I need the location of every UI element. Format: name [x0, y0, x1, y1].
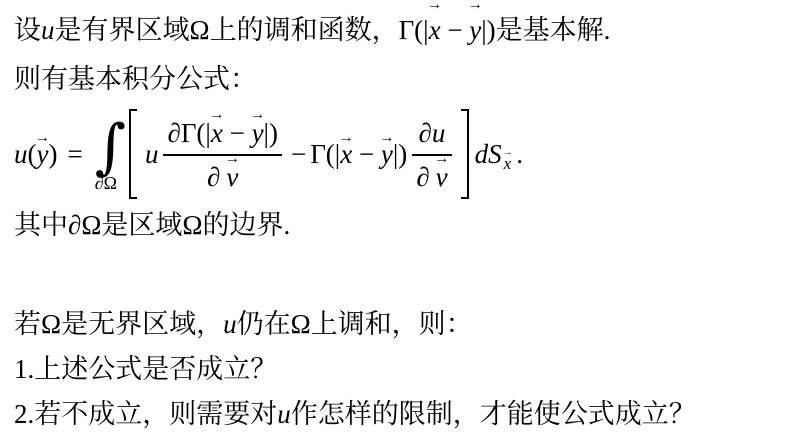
question-1-text: 1.上述公式是否成立？	[14, 354, 277, 384]
vector-y: →y	[381, 139, 393, 170]
intro-text: 设	[14, 15, 41, 45]
close-abs-paren: |)	[264, 118, 278, 148]
integral-sign: ∫	[95, 117, 126, 177]
unbounded-case-line: 若Ω是无界区域，u仍在Ω上调和，则：	[0, 302, 800, 347]
vector-base: y	[469, 15, 481, 45]
vector-y: →y	[469, 6, 481, 55]
minus-sign: −	[441, 15, 470, 45]
integral-domain: ∂Ω	[95, 175, 117, 191]
boundary-note-text: 其中∂Ω是区域Ω的边界.	[14, 210, 290, 240]
vector-arrow-icon: →	[209, 108, 224, 123]
minus-sign: −	[291, 139, 306, 170]
dS-symbol: dS	[475, 139, 502, 170]
question-2: 2.若不成立，则需要对u作怎样的限制，才能使公式成立？	[0, 392, 800, 437]
vector-x: →x	[429, 6, 441, 55]
equals-sign: =	[67, 139, 82, 170]
vector-arrow-icon: →	[250, 108, 265, 123]
formula-lhs: u(→y)	[14, 139, 57, 170]
question-intro-text: 仍在Ω上调和，则：	[237, 309, 473, 339]
var-u: u	[145, 139, 159, 170]
minus-sign: −	[223, 118, 252, 148]
blank-space	[0, 246, 800, 302]
vector-y: →y	[252, 116, 264, 150]
var-u: u	[223, 309, 237, 339]
vector-nu: →ν	[226, 160, 238, 194]
vector-arrow-icon: →	[339, 131, 354, 146]
question-1: 1.上述公式是否成立？	[0, 347, 800, 392]
intro-text: 则有基本积分公式：	[14, 64, 257, 94]
vector-x: →x	[211, 116, 223, 150]
gamma-term: Γ(|→x − →y|)	[310, 139, 407, 170]
question-2-text: 作怎样的限制，才能使公式成立？	[291, 399, 696, 429]
vector-x: →x	[504, 154, 512, 174]
vector-arrow-icon: →	[427, 0, 442, 13]
fraction-du-dnu: ∂u ∂→ν	[412, 114, 451, 194]
basic-integral-formula: u(→y) = ∫ ∂Ω u ∂Γ(|→x − →y|) ∂→ν − Γ(|→x…	[0, 104, 800, 204]
boundary-note: 其中∂Ω是区域Ω的边界.	[0, 204, 800, 246]
right-bracket	[461, 109, 469, 199]
var-u: u	[432, 118, 446, 148]
vector-arrow-icon: →	[503, 149, 513, 159]
vector-arrow-icon: →	[225, 152, 240, 167]
vector-x: →x	[340, 139, 352, 170]
gamma-close: |)	[393, 139, 407, 169]
partial-sign: ∂	[419, 118, 432, 148]
intro-line-2: 则有基本积分公式：	[0, 55, 800, 104]
dS-subscript: →x	[504, 154, 512, 174]
question-intro-text: 若Ω是无界区域，	[14, 309, 223, 339]
surface-measure: dS→x	[475, 139, 512, 170]
math-document: 设u是有界区域Ω上的调和函数，Γ(|→x − →y|)是基本解. 则有基本积分公…	[0, 0, 800, 437]
fraction-denominator: ∂→ν	[203, 156, 242, 194]
vector-arrow-icon: →	[35, 131, 50, 146]
fraction-numerator: ∂Γ(|→x − →y|)	[163, 114, 281, 154]
period: .	[516, 139, 523, 170]
minus-sign: −	[352, 139, 381, 169]
vector-arrow-icon: →	[434, 152, 449, 167]
vector-nu: →ν	[436, 160, 448, 194]
partial-sign: ∂	[207, 162, 220, 192]
left-bracket	[129, 109, 137, 199]
var-u: u	[41, 15, 55, 45]
fraction-denominator: ∂→ν	[412, 156, 451, 194]
gamma-open: Γ(|	[310, 139, 340, 169]
fraction-dgamma-dnu: ∂Γ(|→x − →y|) ∂→ν	[163, 114, 281, 194]
vector-arrow-icon: →	[379, 131, 394, 146]
integral-operator: ∫ ∂Ω	[95, 117, 126, 191]
partial-sign: ∂	[416, 162, 429, 192]
var-u: u	[277, 399, 291, 429]
partial-gamma: ∂Γ(|	[167, 118, 210, 148]
intro-line-1: 设u是有界区域Ω上的调和函数，Γ(|→x − →y|)是基本解.	[0, 6, 800, 55]
intro-text: 是有界区域Ω上的调和函数，Γ(|	[55, 15, 429, 45]
vector-arrow-icon: →	[468, 0, 483, 13]
question-2-text: 2.若不成立，则需要对	[14, 399, 277, 429]
vector-y: →y	[37, 139, 49, 170]
intro-text: |)是基本解.	[481, 15, 610, 45]
vector-base: x	[429, 15, 441, 45]
fraction-numerator: ∂u	[415, 114, 450, 154]
var-u: u	[14, 139, 28, 169]
